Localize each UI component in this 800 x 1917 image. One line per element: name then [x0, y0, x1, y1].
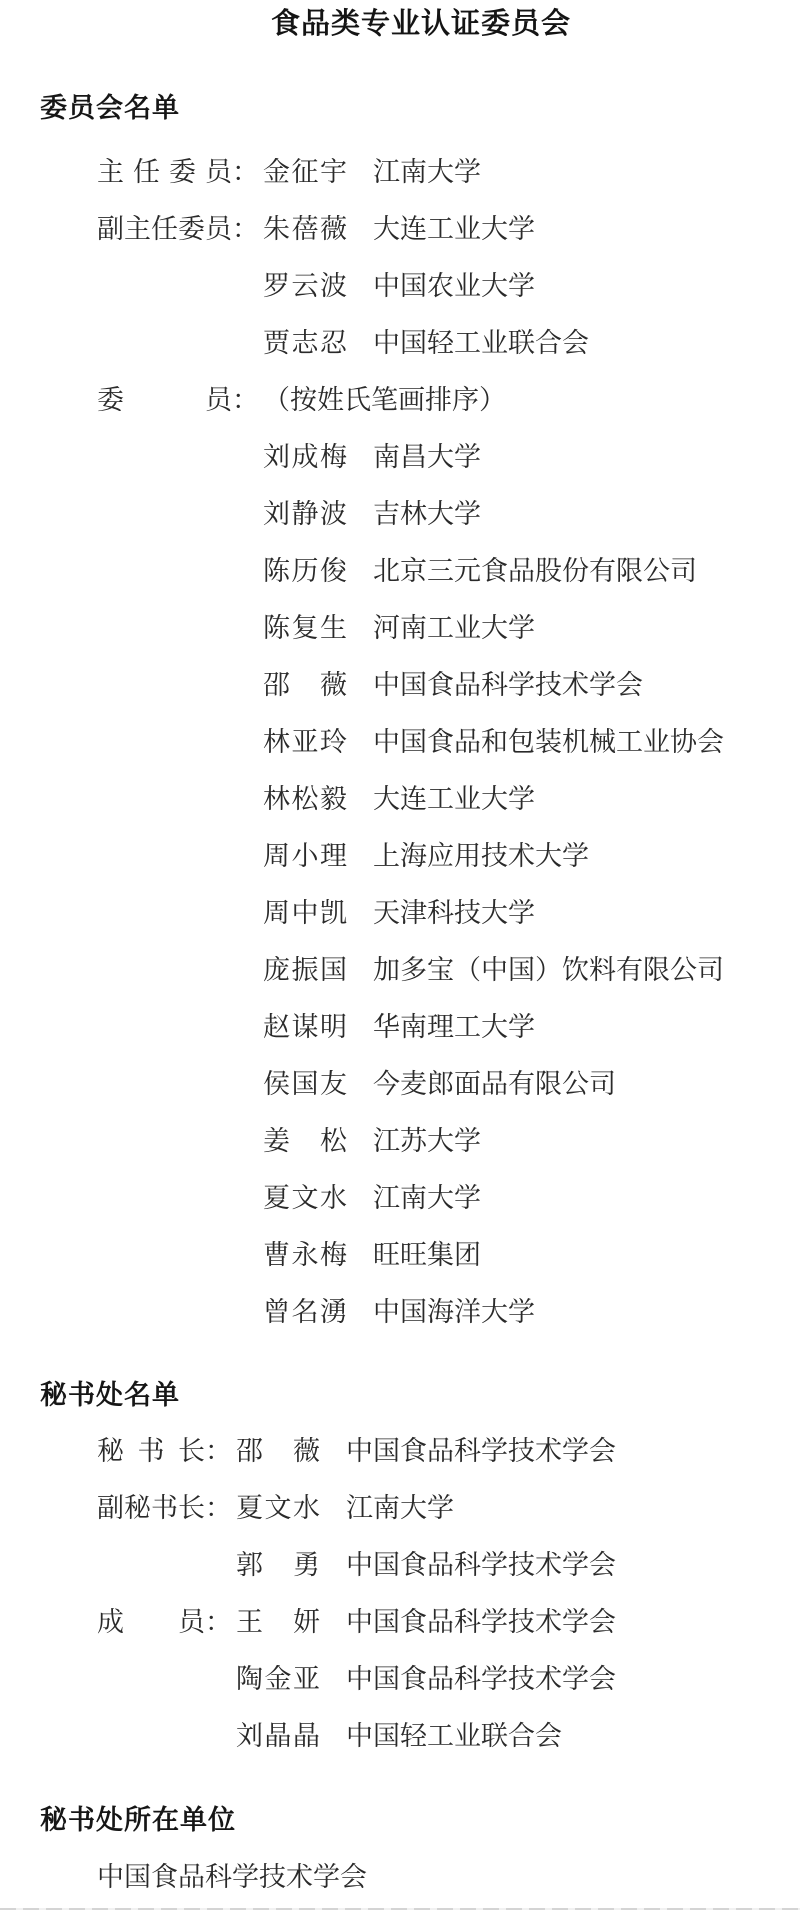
member-row: 陈复生河南工业大学 — [97, 614, 800, 642]
member-organization: 中国食品科学技术学会 — [346, 1608, 616, 1636]
member-row: 副主任委员：朱蓓薇大连工业大学 — [97, 215, 800, 243]
member-row: 主任委员：金征宇江南大学 — [97, 158, 800, 186]
member-organization: 江苏大学 — [373, 1127, 481, 1155]
member-name: 陈复生 — [263, 614, 347, 642]
role-label: 委员 — [97, 386, 232, 414]
member-organization: 加多宝（中国）饮料有限公司 — [373, 956, 724, 984]
section-heading: 秘书处名单 — [40, 1380, 800, 1410]
member-organization: 南昌大学 — [373, 443, 481, 471]
member-name: 姜松 — [263, 1127, 347, 1155]
label-colon: ： — [205, 1494, 232, 1522]
member-organization: 江南大学 — [373, 158, 481, 186]
member-name: 刘晶晶 — [236, 1722, 320, 1750]
role-label: 主任委员 — [97, 158, 232, 186]
member-organization: 中国食品和包装机械工业协会 — [373, 728, 724, 756]
member-organization: 中国食品科学技术学会 — [346, 1665, 616, 1693]
scan-artifact-line — [0, 1908, 800, 1910]
member-row: 周中凯天津科技大学 — [97, 899, 800, 927]
member-organization: 中国海洋大学 — [373, 1298, 535, 1326]
member-name: 王妍 — [236, 1608, 320, 1636]
member-row: 周小理上海应用技术大学 — [97, 842, 800, 870]
label-colon: ： — [205, 1608, 232, 1636]
member-row: 庞振国加多宝（中国）饮料有限公司 — [97, 956, 800, 984]
member-organization: 中国轻工业联合会 — [373, 329, 589, 357]
member-organization: 中国食品科学技术学会 — [346, 1437, 616, 1465]
member-name: 陈历俊 — [263, 557, 347, 585]
document-title: 食品类专业认证委员会 — [0, 0, 800, 42]
member-organization: 中国食品科学技术学会 — [373, 671, 643, 699]
member-organization: 华南理工大学 — [373, 1013, 535, 1041]
member-name: 贾志忍 — [263, 329, 347, 357]
roster-rows: 秘书长：邵薇中国食品科学技术学会副秘书长：夏文水江南大学郭勇中国食品科学技术学会… — [97, 1437, 800, 1750]
member-row: 曹永梅旺旺集团 — [97, 1241, 800, 1269]
member-name: 林亚玲 — [263, 728, 347, 756]
member-row: 姜松江苏大学 — [97, 1127, 800, 1155]
member-name: 曹永梅 — [263, 1241, 347, 1269]
member-row: 贾志忍中国轻工业联合会 — [97, 329, 800, 357]
member-row: 刘成梅南昌大学 — [97, 443, 800, 471]
document-page: 食品类专业认证委员会 委员会名单主任委员：金征宇江南大学副主任委员：朱蓓薇大连工… — [0, 0, 800, 1917]
member-organization: 吉林大学 — [373, 500, 481, 528]
member-name: 邵薇 — [236, 1437, 320, 1465]
member-name: 邵薇 — [263, 671, 347, 699]
member-row: 侯国友今麦郎面品有限公司 — [97, 1070, 800, 1098]
member-organization: 大连工业大学 — [373, 215, 535, 243]
member-name: 郭勇 — [236, 1551, 320, 1579]
footer-section-heading: 秘书处所在单位 — [40, 1805, 800, 1835]
member-name: 周小理 — [263, 842, 347, 870]
member-name: 赵谋明 — [263, 1013, 347, 1041]
member-name: 刘成梅 — [263, 443, 347, 471]
member-row: 刘晶晶中国轻工业联合会 — [97, 1722, 800, 1750]
member-organization: 中国轻工业联合会 — [346, 1722, 562, 1750]
member-name: 金征宇 — [263, 158, 347, 186]
member-row: 郭勇中国食品科学技术学会 — [97, 1551, 800, 1579]
member-row: 陶金亚中国食品科学技术学会 — [97, 1665, 800, 1693]
label-colon: ： — [232, 386, 259, 414]
member-organization: 今麦郎面品有限公司 — [373, 1070, 616, 1098]
member-organization: 大连工业大学 — [373, 785, 535, 813]
member-row: 夏文水江南大学 — [97, 1184, 800, 1212]
member-name: 林松毅 — [263, 785, 347, 813]
member-organization: 河南工业大学 — [373, 614, 535, 642]
member-row: 林松毅大连工业大学 — [97, 785, 800, 813]
sort-order-note: （按姓氏笔画排序） — [263, 386, 506, 414]
member-organization: 上海应用技术大学 — [373, 842, 589, 870]
member-name: 庞振国 — [263, 956, 347, 984]
roster-sections: 委员会名单主任委员：金征宇江南大学副主任委员：朱蓓薇大连工业大学罗云波中国农业大… — [0, 93, 800, 1750]
member-row: 罗云波中国农业大学 — [97, 272, 800, 300]
member-row: 赵谋明华南理工大学 — [97, 1013, 800, 1041]
member-name: 朱蓓薇 — [263, 215, 347, 243]
role-label: 秘书长 — [97, 1437, 205, 1465]
member-name: 夏文水 — [236, 1494, 320, 1522]
label-colon: ： — [232, 215, 259, 243]
label-colon: ： — [232, 158, 259, 186]
role-label: 副主任委员 — [97, 215, 232, 243]
member-organization: 中国食品科学技术学会 — [346, 1551, 616, 1579]
member-name: 刘静波 — [263, 500, 347, 528]
member-row: 林亚玲中国食品和包装机械工业协会 — [97, 728, 800, 756]
roster-rows: 主任委员：金征宇江南大学副主任委员：朱蓓薇大连工业大学罗云波中国农业大学贾志忍中… — [97, 158, 800, 1326]
member-name: 周中凯 — [263, 899, 347, 927]
member-organization: 天津科技大学 — [373, 899, 535, 927]
member-row: 成员：王妍中国食品科学技术学会 — [97, 1608, 800, 1636]
member-row: 委员：（按姓氏笔画排序） — [97, 386, 800, 414]
member-organization: 北京三元食品股份有限公司 — [373, 557, 697, 585]
role-label: 副秘书长 — [97, 1494, 205, 1522]
member-organization: 江南大学 — [373, 1184, 481, 1212]
member-row: 邵薇中国食品科学技术学会 — [97, 671, 800, 699]
member-name: 夏文水 — [263, 1184, 347, 1212]
member-row: 曾名湧中国海洋大学 — [97, 1298, 800, 1326]
member-organization: 中国农业大学 — [373, 272, 535, 300]
member-name: 罗云波 — [263, 272, 347, 300]
member-row: 秘书长：邵薇中国食品科学技术学会 — [97, 1437, 800, 1465]
role-label: 成员 — [97, 1608, 205, 1636]
member-row: 副秘书长：夏文水江南大学 — [97, 1494, 800, 1522]
member-organization: 江南大学 — [346, 1494, 454, 1522]
label-colon: ： — [205, 1437, 232, 1465]
member-name: 陶金亚 — [236, 1665, 320, 1693]
member-row: 刘静波吉林大学 — [97, 500, 800, 528]
member-name: 侯国友 — [263, 1070, 347, 1098]
secretariat-host-org: 中国食品科学技术学会 — [97, 1863, 800, 1891]
member-row: 陈历俊北京三元食品股份有限公司 — [97, 557, 800, 585]
member-organization: 旺旺集团 — [373, 1241, 481, 1269]
member-name: 曾名湧 — [263, 1298, 347, 1326]
section-heading: 委员会名单 — [40, 93, 800, 123]
